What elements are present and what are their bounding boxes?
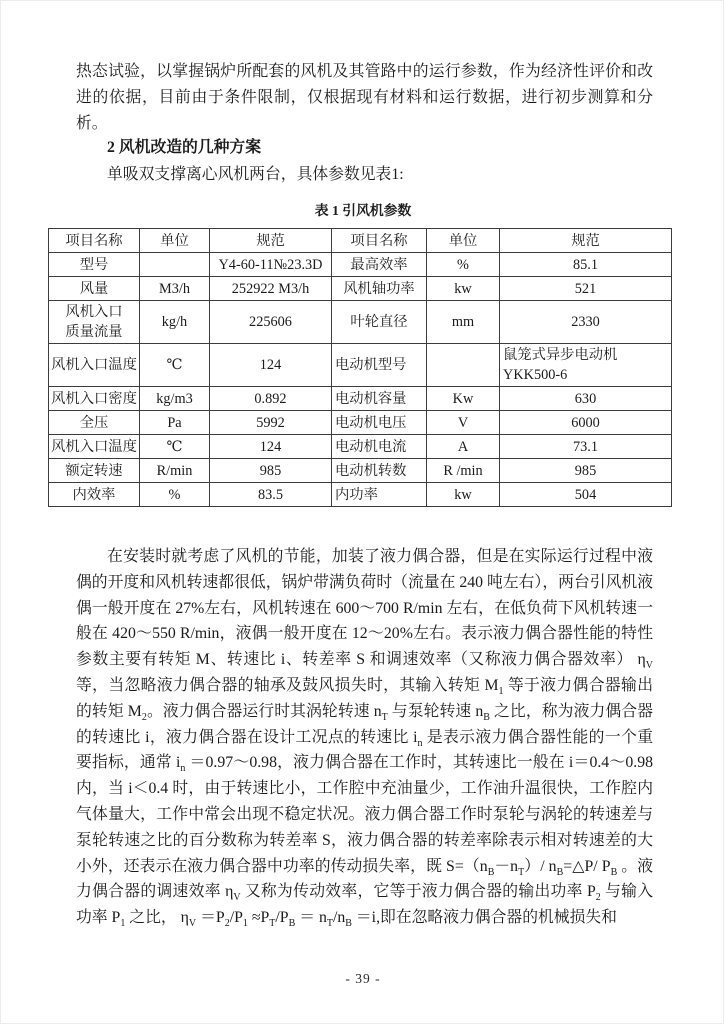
table-cell: ℃	[140, 435, 210, 459]
table-cell: 风机入口温度	[49, 344, 140, 387]
table-caption: 表 1 引风机参数	[1, 199, 724, 219]
table-row: 额定转速R/min985电动机转数R /min985	[49, 459, 672, 483]
table-cell	[140, 253, 210, 277]
table-row: 风机入口密度kg/m30.892电动机容量Kw630	[49, 387, 672, 411]
table-cell: Kw	[427, 387, 500, 411]
fan-parameters-table: 项目名称单位规范项目名称单位规范 型号Y4-60-11№23.3D最高效率%85…	[48, 228, 672, 507]
table-cell: 2330	[500, 301, 672, 344]
table-cell: R/min	[140, 459, 210, 483]
table-cell: M3/h	[140, 277, 210, 301]
table-cell: 风机入口温度	[49, 435, 140, 459]
table-cell: 内功率	[332, 483, 427, 507]
table-cell: 电动机电压	[332, 411, 427, 435]
table-cell: 0.892	[210, 387, 332, 411]
table-row: 风机入口温度℃124电动机电流A73.1	[49, 435, 672, 459]
header-cell: 单位	[140, 229, 210, 253]
table-cell: 电动机型号	[332, 344, 427, 387]
table-cell: A	[427, 435, 500, 459]
table-cell: 252922 M3/h	[210, 277, 332, 301]
table-cell: 风机轴功率	[332, 277, 427, 301]
table-cell: 5992	[210, 411, 332, 435]
table-cell: 985	[210, 459, 332, 483]
table-cell: kg/m3	[140, 387, 210, 411]
table-cell: Pa	[140, 411, 210, 435]
table-cell: 985	[500, 459, 672, 483]
table-row: 型号Y4-60-11№23.3D最高效率%85.1	[49, 253, 672, 277]
table-cell: kw	[427, 483, 500, 507]
header-cell: 规范	[210, 229, 332, 253]
table-cell: 电动机容量	[332, 387, 427, 411]
table-cell: kw	[427, 277, 500, 301]
table-cell: kg/h	[140, 301, 210, 344]
table-cell: %	[427, 253, 500, 277]
table-cell: 521	[500, 277, 672, 301]
table-cell: 全压	[49, 411, 140, 435]
table-cell: 73.1	[500, 435, 672, 459]
section-heading: 2 风机改造的几种方案	[76, 135, 653, 161]
table-cell: 630	[500, 387, 672, 411]
header-cell: 项目名称	[332, 229, 427, 253]
table-cell	[427, 344, 500, 387]
table-cell: 504	[500, 483, 672, 507]
table-cell: mm	[427, 301, 500, 344]
table-row: 内效率%83.5内功率kw504	[49, 483, 672, 507]
table-cell: R /min	[427, 459, 500, 483]
table-row: 风机入口 质量流量kg/h225606叶轮直径mm2330	[49, 301, 672, 344]
table-cell: 85.1	[500, 253, 672, 277]
table-cell: 风机入口密度	[49, 387, 140, 411]
table-cell: 225606	[210, 301, 332, 344]
intro-paragraph: 热态试验，以掌握锅炉所配套的风机及其管路中的运行参数，作为经济性评价和改进的依据…	[76, 59, 653, 136]
table-cell: 83.5	[210, 483, 332, 507]
body-paragraph: 在安装时就考虑了风机的节能，加装了液力偶合器，但是在实际运行过程中液偶的开度和风…	[76, 544, 653, 931]
table-cell: %	[140, 483, 210, 507]
table-row: 全压Pa5992电动机电压V6000	[49, 411, 672, 435]
table-cell: 内效率	[49, 483, 140, 507]
table-header-row: 项目名称单位规范项目名称单位规范	[49, 229, 672, 253]
header-cell: 单位	[427, 229, 500, 253]
section-lead: 单吸双支撑离心风机两台，具体参数见表1:	[76, 162, 653, 188]
table-cell: 鼠笼式异步电动机 YKK500-6	[500, 344, 672, 387]
table-cell: ℃	[140, 344, 210, 387]
page-number: - 39 -	[1, 971, 724, 987]
header-cell: 规范	[500, 229, 672, 253]
table-cell: 额定转速	[49, 459, 140, 483]
table-cell: 6000	[500, 411, 672, 435]
table-cell: 型号	[49, 253, 140, 277]
document-page: 热态试验，以掌握锅炉所配套的风机及其管路中的运行参数，作为经济性评价和改进的依据…	[0, 0, 724, 1024]
table-cell: 风机入口 质量流量	[49, 301, 140, 344]
fan-parameters-table-wrapper: 项目名称单位规范项目名称单位规范 型号Y4-60-11№23.3D最高效率%85…	[48, 228, 672, 507]
table-cell: 电动机转数	[332, 459, 427, 483]
table-cell: 124	[210, 344, 332, 387]
table-cell: 叶轮直径	[332, 301, 427, 344]
table-cell: 风量	[49, 277, 140, 301]
table-cell: V	[427, 411, 500, 435]
table-cell: Y4-60-11№23.3D	[210, 253, 332, 277]
table-cell: 最高效率	[332, 253, 427, 277]
table-cell: 124	[210, 435, 332, 459]
table-row: 风量M3/h252922 M3/h风机轴功率kw521	[49, 277, 672, 301]
table-row: 风机入口温度℃124电动机型号鼠笼式异步电动机 YKK500-6	[49, 344, 672, 387]
table-cell: 电动机电流	[332, 435, 427, 459]
header-cell: 项目名称	[49, 229, 140, 253]
